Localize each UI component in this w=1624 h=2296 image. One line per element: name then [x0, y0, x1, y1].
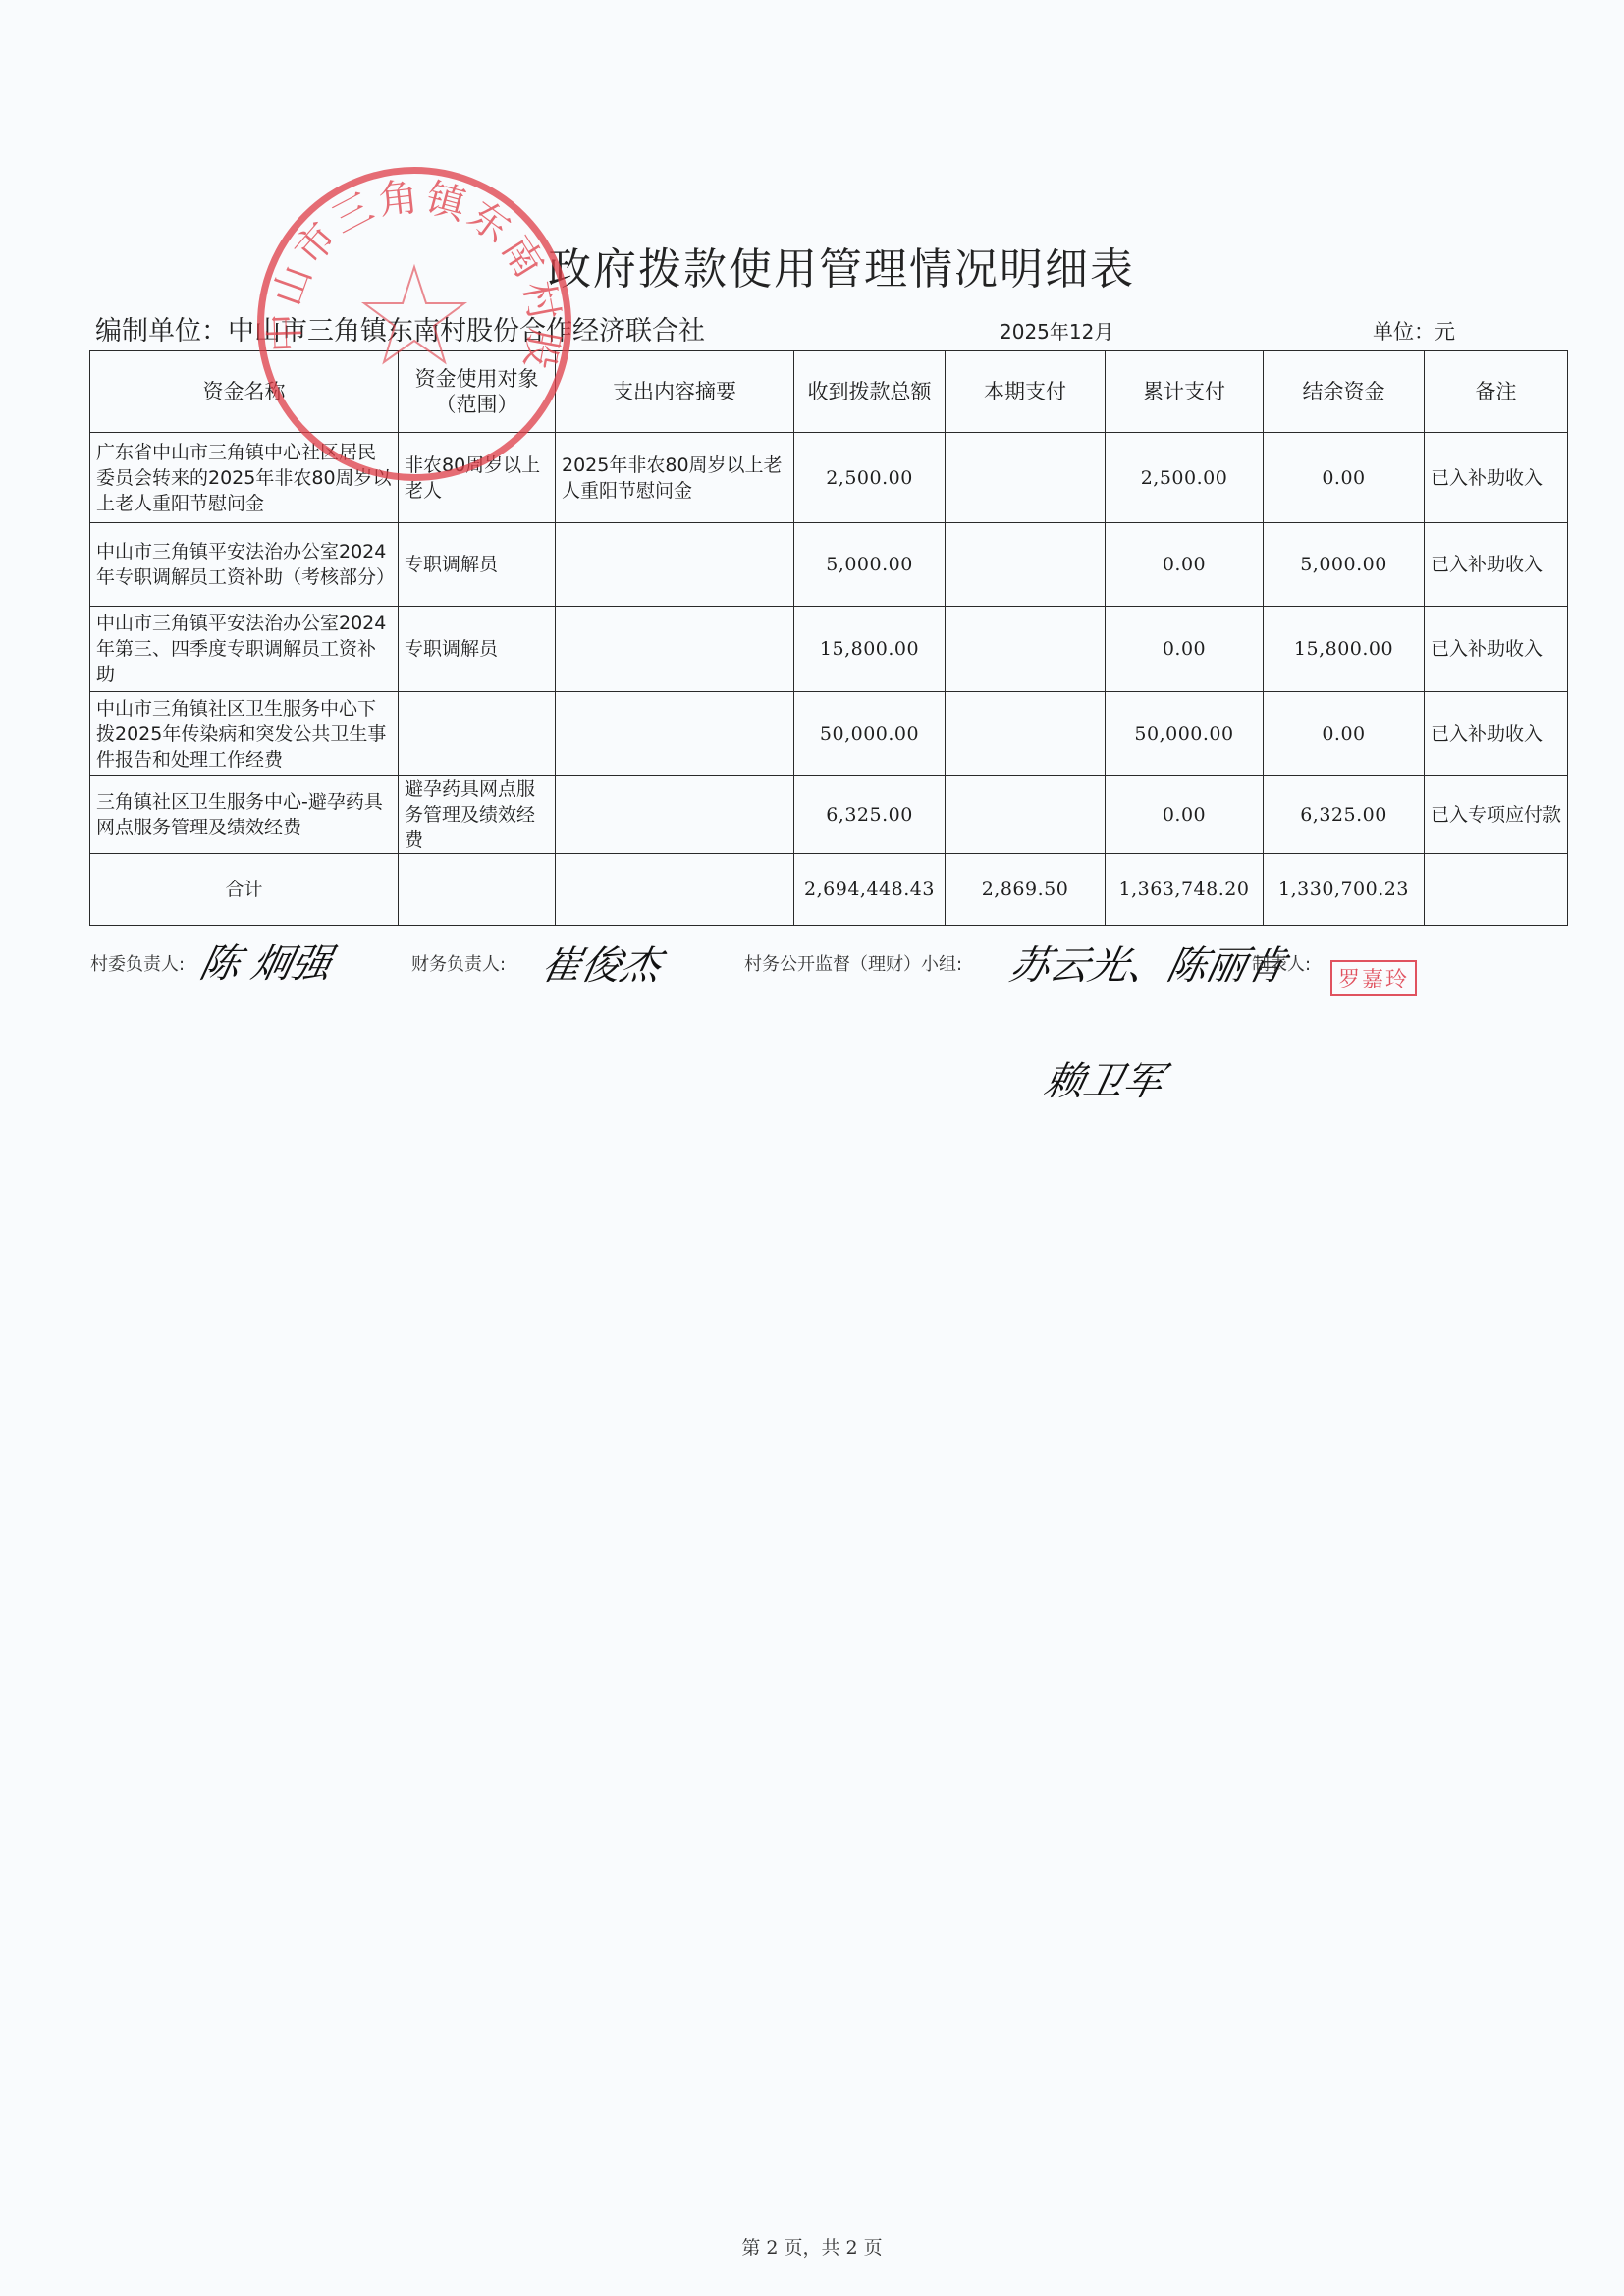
header-received-total: 收到拨款总额: [794, 351, 946, 433]
note: 已入补助收入: [1425, 523, 1568, 607]
fund-name: 中山市三角镇平安法治办公室2024年专职调解员工资补助（考核部分）: [90, 523, 399, 607]
header-target: 资金使用对象（范围）: [399, 351, 556, 433]
current-payment: [946, 607, 1106, 692]
fund-target: 专职调解员: [399, 607, 556, 692]
cumulative-payment: 0.00: [1106, 523, 1264, 607]
preparer-name-stamp: 罗嘉玲: [1330, 960, 1417, 996]
compiling-unit: 编制单位：中山市三角镇东南村股份合作经济联合社: [95, 309, 705, 347]
note: 已入补助收入: [1425, 692, 1568, 776]
balance: 5,000.00: [1264, 523, 1425, 607]
received-total: 15,800.00: [794, 607, 946, 692]
balance: 0.00: [1264, 692, 1425, 776]
total-summary: [556, 854, 794, 926]
document-title: 政府拨款使用管理情况明细表: [0, 234, 1624, 296]
current-payment: [946, 523, 1106, 607]
total-target: [399, 854, 556, 926]
fund-name: 中山市三角镇平安法治办公室2024年第三、四季度专职调解员工资补助: [90, 607, 399, 692]
current-payment: [946, 433, 1106, 523]
fund-target: 专职调解员: [399, 523, 556, 607]
total-current-payment: 2,869.50: [946, 854, 1106, 926]
cumulative-payment: 50,000.00: [1106, 692, 1264, 776]
note: 已入专项应付款: [1425, 776, 1568, 854]
supervision-group-label: 村务公开监督（理财）小组:: [744, 950, 962, 976]
expense-summary: [556, 776, 794, 854]
table-total-row: 合计 2,694,448.43 2,869.50 1,363,748.20 1,…: [90, 854, 1568, 926]
current-payment: [946, 692, 1106, 776]
cumulative-payment: 0.00: [1106, 776, 1264, 854]
fund-target: 避孕药具网点服务管理及绩效经费: [399, 776, 556, 854]
received-total: 5,000.00: [794, 523, 946, 607]
received-total: 50,000.00: [794, 692, 946, 776]
fund-target: [399, 692, 556, 776]
grant-usage-table: 资金名称 资金使用对象（范围） 支出内容摘要 收到拨款总额 本期支付 累计支付 …: [89, 350, 1568, 926]
expense-summary: [556, 692, 794, 776]
total-balance: 1,330,700.23: [1264, 854, 1425, 926]
note: 已入补助收入: [1425, 607, 1568, 692]
cumulative-payment: 0.00: [1106, 607, 1264, 692]
table-row: 中山市三角镇平安法治办公室2024年专职调解员工资补助（考核部分） 专职调解员 …: [90, 523, 1568, 607]
header-fund-name: 资金名称: [90, 351, 399, 433]
table-row: 中山市三角镇平安法治办公室2024年第三、四季度专职调解员工资补助 专职调解员 …: [90, 607, 1568, 692]
received-total: 2,500.00: [794, 433, 946, 523]
finance-head-signature: 崔俊杰: [537, 934, 667, 990]
balance: 0.00: [1264, 433, 1425, 523]
report-period: 2025年12月: [1000, 316, 1113, 345]
table-header-row: 资金名称 资金使用对象（范围） 支出内容摘要 收到拨款总额 本期支付 累计支付 …: [90, 351, 1568, 433]
cumulative-payment: 2,500.00: [1106, 433, 1264, 523]
received-total: 6,325.00: [794, 776, 946, 854]
balance: 15,800.00: [1264, 607, 1425, 692]
balance: 6,325.00: [1264, 776, 1425, 854]
finance-head-label: 财务负责人:: [411, 950, 506, 976]
fund-target: 非农80周岁以上老人: [399, 433, 556, 523]
total-cumulative-payment: 1,363,748.20: [1106, 854, 1264, 926]
total-label: 合计: [90, 854, 399, 926]
table-row: 中山市三角镇社区卫生服务中心下拨2025年传染病和突发公共卫生事件报告和处理工作…: [90, 692, 1568, 776]
table-row: 三角镇社区卫生服务中心-避孕药具网点服务管理及绩效经费 避孕药具网点服务管理及绩…: [90, 776, 1568, 854]
table-row: 广东省中山市三角镇中心社区居民委员会转来的2025年非农80周岁以上老人重阳节慰…: [90, 433, 1568, 523]
village-head-signature: 陈 炯强: [195, 933, 338, 988]
header-summary: 支出内容摘要: [556, 351, 794, 433]
supervision-signature: 苏云光、陈丽肯: [1005, 934, 1292, 990]
expense-summary: [556, 607, 794, 692]
fund-name: 中山市三角镇社区卫生服务中心下拨2025年传染病和突发公共卫生事件报告和处理工作…: [90, 692, 399, 776]
village-head-label: 村委负责人:: [90, 950, 185, 976]
header-current-payment: 本期支付: [946, 351, 1106, 433]
expense-summary: 2025年非农80周岁以上老人重阳节慰问金: [556, 433, 794, 523]
total-received: 2,694,448.43: [794, 854, 946, 926]
page-number: 第 2 页，共 2 页: [0, 2233, 1624, 2260]
fund-name: 三角镇社区卫生服务中心-避孕药具网点服务管理及绩效经费: [90, 776, 399, 854]
fund-name: 广东省中山市三角镇中心社区居民委员会转来的2025年非农80周岁以上老人重阳节慰…: [90, 433, 399, 523]
preparer-label: 制表人:: [1252, 950, 1311, 976]
note: 已入补助收入: [1425, 433, 1568, 523]
header-cumulative-payment: 累计支付: [1106, 351, 1264, 433]
current-payment: [946, 776, 1106, 854]
header-balance: 结余资金: [1264, 351, 1425, 433]
expense-summary: [556, 523, 794, 607]
supervision-signature-2: 赖卫军: [1040, 1050, 1169, 1106]
total-note: [1425, 854, 1568, 926]
header-note: 备注: [1425, 351, 1568, 433]
currency-unit: 单位：元: [1373, 316, 1455, 346]
